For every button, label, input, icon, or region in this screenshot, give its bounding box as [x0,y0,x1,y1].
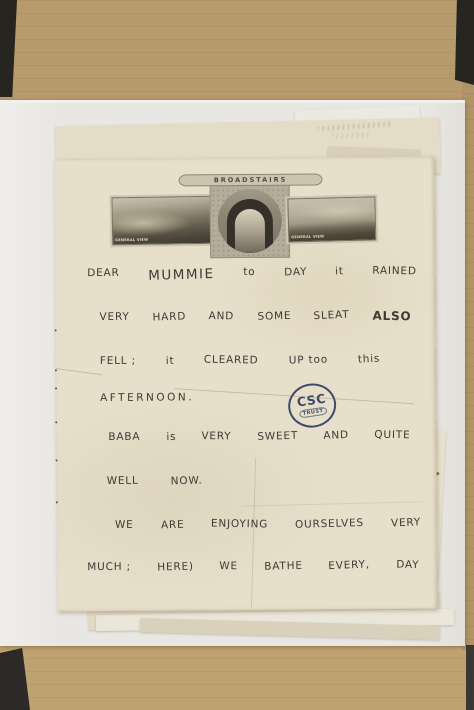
handwritten-word: SOME [257,310,291,325]
handwritten-word: ENJOYING [211,518,268,531]
handwritten-word: VERY [201,430,231,443]
black-mount-top-right [455,0,474,85]
handwritten-line-7: WEAREENJOYINGOURSELVESVERY [115,517,421,531]
handwritten-word: it [335,265,344,281]
handwritten-word: WE [115,519,134,531]
handwritten-line-2: VERYHARDANDSOMESLEATALSO [99,309,411,325]
handwritten-word: SLEAT [314,309,350,324]
archive-photo: 1114 BROADSTAIRS GENERAL VIEW GENERAL VI… [0,0,474,710]
handwritten-word: UP too [288,354,327,367]
handwritten-word: DEAR [87,267,120,283]
edge-speck [55,329,57,331]
photo-caption-left: GENERAL VIEW [115,238,148,243]
edge-speck [56,501,58,503]
paper-crease [243,501,423,506]
handwritten-word: WE [219,560,238,572]
handwritten-word: is [166,431,176,443]
handwritten-line-3: FELL ;itCLEAREDUP toothis [100,353,380,367]
handwritten-word: BABA [108,431,140,443]
handwritten-line-5: BABAisVERYSWEETANDQUITE [108,429,410,443]
album-board-top [0,0,474,101]
handwritten-word: SWEET [257,430,298,443]
handwritten-word: MUCH ; [87,561,131,573]
seaside-photo-left: GENERAL VIEW [111,196,215,246]
handwritten-word: DAY [396,559,419,571]
handwritten-word: AFTERNOON. [100,391,194,404]
handwritten-word: EVERY, [328,558,370,572]
handwritten-word: HARD [152,311,186,326]
handwritten-word: MUMMIE [148,266,215,284]
arch-opening [235,209,265,253]
handwritten-word: ARE [160,519,184,532]
seaside-photo-right: GENERAL VIEW [287,196,376,242]
paper-crease [251,458,256,608]
handwritten-word: AND [323,429,349,442]
handwritten-word: FELL ; [100,355,136,367]
handwritten-word: HERE) [157,560,194,573]
paper-crease [56,368,102,375]
handwritten-word: OURSELVES [295,517,364,531]
handwritten-line-1: DEARMUMMIEtoDAYitRAINED [87,265,417,283]
photo-caption-right: GENERAL VIEW [291,235,324,240]
csc-trust-stamp: CSC TRUST [285,380,339,431]
handwritten-word: VERY [391,516,422,529]
handwritten-word: ALSO [372,309,411,324]
handwritten-word: it [166,355,175,367]
handwritten-word: DAY [284,266,308,283]
arch-photo-medallion [210,182,291,259]
black-mount-bottom-right [466,645,474,710]
handwritten-line-4: AFTERNOON. [100,391,194,404]
handwritten-word: AND [209,310,235,324]
handwritten-word: BATHE [264,560,303,573]
handwritten-word: QUITE [374,429,410,442]
edge-speck [56,459,58,461]
arch-photo-circle [218,189,282,253]
handwritten-line-6: WELLNOW. [107,474,203,487]
handwritten-word: RAINED [373,265,418,282]
handwritten-line-8: MUCH ;HERE)WEBATHEEVERY,DAY [87,559,419,573]
handwritten-word: to [243,266,255,282]
letter-sheet: BROADSTAIRS GENERAL VIEW GENERAL VIEW DE… [54,157,437,612]
page-top-edge [0,100,465,103]
handwritten-word: WELL [107,475,139,487]
album-page: 1114 BROADSTAIRS GENERAL VIEW GENERAL VI… [0,100,465,646]
edge-speck [55,421,57,423]
handwritten-word: VERY [99,311,129,325]
letterhead-title: BROADSTAIRS [179,173,323,186]
edge-speck [55,369,57,371]
handwritten-word: CLEARED [204,354,259,367]
handwritten-word: NOW. [171,474,203,487]
edge-speck [55,387,57,389]
album-board-bottom [0,645,474,710]
handwritten-word: this [357,353,380,366]
